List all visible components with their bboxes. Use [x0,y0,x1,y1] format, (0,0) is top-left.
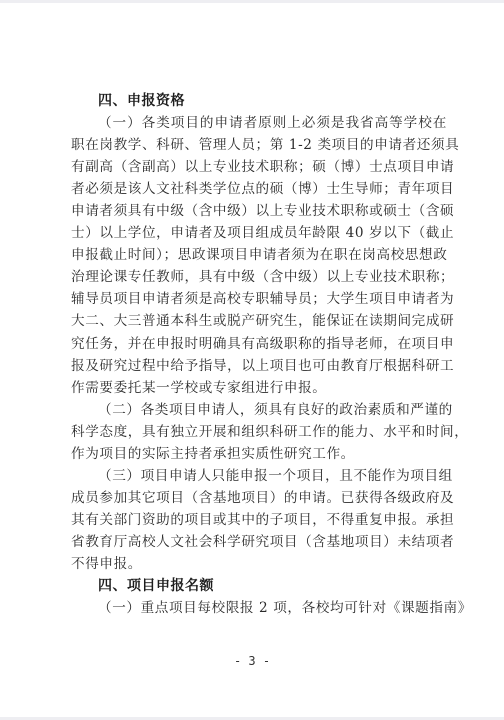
text-line: （一）各类项目的申请者原则上必须是我省高等学校在 [71,112,447,134]
text-line: 不得申报。 [71,553,447,575]
document-body: 四、申报资格 （一）各类项目的申请者原则上必须是我省高等学校在 职在岗教学、科研… [71,90,447,619]
text-line: 作为项目的实际主持者承担实质性研究工作。 [71,443,447,465]
text-line: 究任务，并在申报时明确具有高级职称的指导老师，在项目申 [71,333,447,355]
text-line: 职在岗教学、科研、管理人员；第 1-2 类项目的申请者还须具 [71,134,447,156]
text-line: （三）项目申请人只能申报一个项目，且不能作为项目组 [71,465,447,487]
text-line: （一）重点项目每校限报 2 项，各校均可针对《课题指南》 [71,597,447,619]
text-line: 作需要委托某一学校或专家组进行申报。 [71,377,447,399]
section-heading-eligibility: 四、申报资格 [71,90,447,112]
text-line: 士）以上学位，申请者及项目组成员年龄限 40 岁以下（截止 [71,222,447,244]
text-line: 其有关部门资助的项目或其中的子项目，不得重复申报。承担 [71,509,447,531]
text-line: 科学态度，具有独立开展和组织科研工作的能力、水平和时间， [71,421,447,443]
document-page: 四、申报资格 （一）各类项目的申请者原则上必须是我省高等学校在 职在岗教学、科研… [0,3,504,717]
section-heading-quota: 四、项目申报名额 [71,575,447,597]
page-number: - 3 - [0,654,504,668]
text-line: 治理论课专任教师，具有中级（含中级）以上专业技术职称； [71,266,447,288]
text-line: 大二、大三普通本科生或脱产研究生，能保证在读期间完成研 [71,310,447,332]
paragraph-eligibility-2: （二）各类项目申请人，须具有良好的政治素质和严谨的 科学态度，具有独立开展和组织… [71,399,447,465]
text-line: （二）各类项目申请人，须具有良好的政治素质和严谨的 [71,399,447,421]
text-line: 成员参加其它项目（含基地项目）的申请。已获得各级政府及 [71,487,447,509]
paragraph-eligibility-3: （三）项目申请人只能申报一个项目，且不能作为项目组 成员参加其它项目（含基地项目… [71,465,447,575]
text-line: 辅导员项目申请者须是高校专职辅导员；大学生项目申请者为 [71,288,447,310]
paragraph-quota-1: （一）重点项目每校限报 2 项，各校均可针对《课题指南》 [71,597,447,619]
text-line: 申报截止时间）；思政课项目申请者须为在职在岗高校思想政 [71,244,447,266]
text-line: 省教育厅高校人文社会科学研究项目（含基地项目）未结项者 [71,531,447,553]
text-line: 有副高（含副高）以上专业技术职称；硕（博）士点项目申请 [71,156,447,178]
text-line: 申请者须具有中级（含中级）以上专业技术职称或硕士（含硕 [71,200,447,222]
paragraph-eligibility-1: （一）各类项目的申请者原则上必须是我省高等学校在 职在岗教学、科研、管理人员；第… [71,112,447,399]
text-line: 者必须是该人文社科类学位点的硕（博）士生导师；青年项目 [71,178,447,200]
text-line: 报及研究过程中给予指导，以上项目也可由教育厅根据科研工 [71,355,447,377]
